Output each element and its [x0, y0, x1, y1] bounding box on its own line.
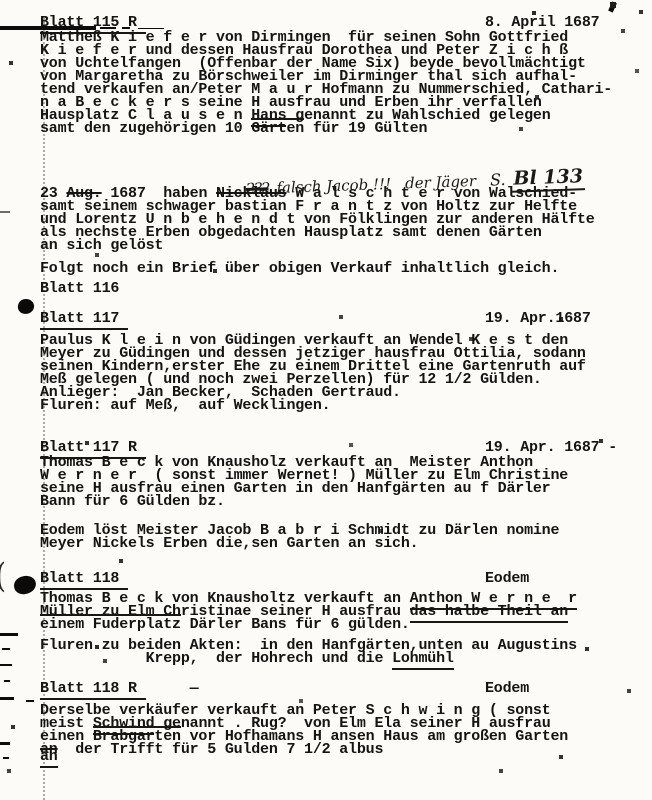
date-label: 19. Apr. 1687 - — [485, 441, 617, 454]
text-segment: Därler Bans für 6 gülden. — [181, 616, 410, 633]
text-line: Blatt 117 19. Apr.1687 — [40, 312, 640, 325]
text-segment: Blatt 117 — [40, 310, 128, 330]
text-line: Krepp, der Hohrech und die Lohmühl — [40, 652, 640, 665]
text-line: einem Fuderplatz Därler Bans für 6 gülde… — [40, 618, 640, 631]
scan-noise-specks — [0, 0, 2, 2]
handwritten-note: der Jäger — [405, 172, 477, 192]
text-line: an sich gelöst — [40, 239, 640, 252]
margin-mark — [0, 633, 18, 636]
text-line: Blatt 117 R 19. Apr. 1687 - — [40, 441, 640, 454]
text-line: samt den zugehörigen 10 Gärten für 19 Gü… — [40, 122, 640, 135]
text-segment: — — [146, 680, 199, 697]
punch-hole — [17, 298, 36, 316]
margin-paren-mark: ( — [0, 556, 6, 596]
text-line: an — [40, 750, 640, 763]
date-label: 19. Apr.1687 — [485, 312, 591, 325]
margin-mark — [2, 648, 10, 650]
text-segment: Krepp, der Hohrech und die — [40, 650, 392, 667]
margin-mark — [0, 742, 10, 745]
margin-mark — [4, 680, 10, 682]
margin-mark — [3, 757, 9, 759]
scanned-document-page: ( Blatt 115 R 8. April 1687Mattheß K i e… — [0, 0, 652, 800]
handwritten-note: falsch Jacob !!! — [276, 175, 391, 197]
text-segment: einem Fuderplatz — [40, 614, 181, 633]
text-segment: samt den zugehörigen 10 — [40, 120, 251, 137]
date-label: Eodem — [485, 572, 529, 585]
punch-hole — [13, 575, 37, 596]
text-segment: Fluren: auf Meß, auf Wecklingen. — [40, 397, 330, 414]
text-line: Folgt noch ein Brief über obigen Verkauf… — [40, 262, 640, 275]
text-segment: Folgt noch ein Brief über obigen Verkauf… — [40, 260, 559, 277]
margin-mark — [0, 697, 14, 700]
handwritten-scribble: 232 — [246, 179, 269, 198]
text-line: Bann für 6 Gülden bz. — [40, 495, 640, 508]
text-segment: Blatt 118 — [40, 570, 128, 590]
text-segment: Bann für 6 Gülden bz. — [40, 493, 225, 510]
text-segment: Meyer Nickels Erben die,sen Garten an si… — [40, 535, 418, 552]
text-line: Blatt 118 R —Eodem — [40, 682, 640, 695]
scan-speck-mark — [608, 1, 617, 12]
text-segment: Lohmühl — [392, 650, 454, 670]
margin-mark — [0, 211, 10, 213]
handwritten-note: S. — [490, 170, 506, 190]
typed-text: Blatt 115 R 8. April 1687Mattheß K i e f… — [40, 16, 640, 763]
text-line: Blatt 118 Eodem — [40, 572, 640, 585]
text-line: Blatt 116 — [40, 282, 640, 295]
text-line: Fluren: auf Meß, auf Wecklingen. — [40, 399, 640, 412]
text-segment: Gärten — [251, 118, 304, 137]
text-segment: Blatt 118 R — [40, 680, 146, 700]
text-segment: an — [40, 748, 58, 768]
text-segment: an sich gelöst — [40, 237, 163, 254]
text-line: Meyer Nickels Erben die,sen Garten an si… — [40, 537, 640, 550]
text-line: Blatt 115 R 8. April 1687 — [40, 16, 640, 29]
text-segment: für 19 Gülten — [304, 120, 427, 137]
margin-mark — [0, 664, 12, 666]
handwritten-reference: Bl 133 — [511, 165, 585, 193]
margin-mark — [26, 700, 34, 702]
date-label: Eodem — [485, 682, 529, 695]
text-segment: Blatt 116 — [40, 280, 119, 297]
date-label: 8. April 1687 — [485, 16, 599, 29]
